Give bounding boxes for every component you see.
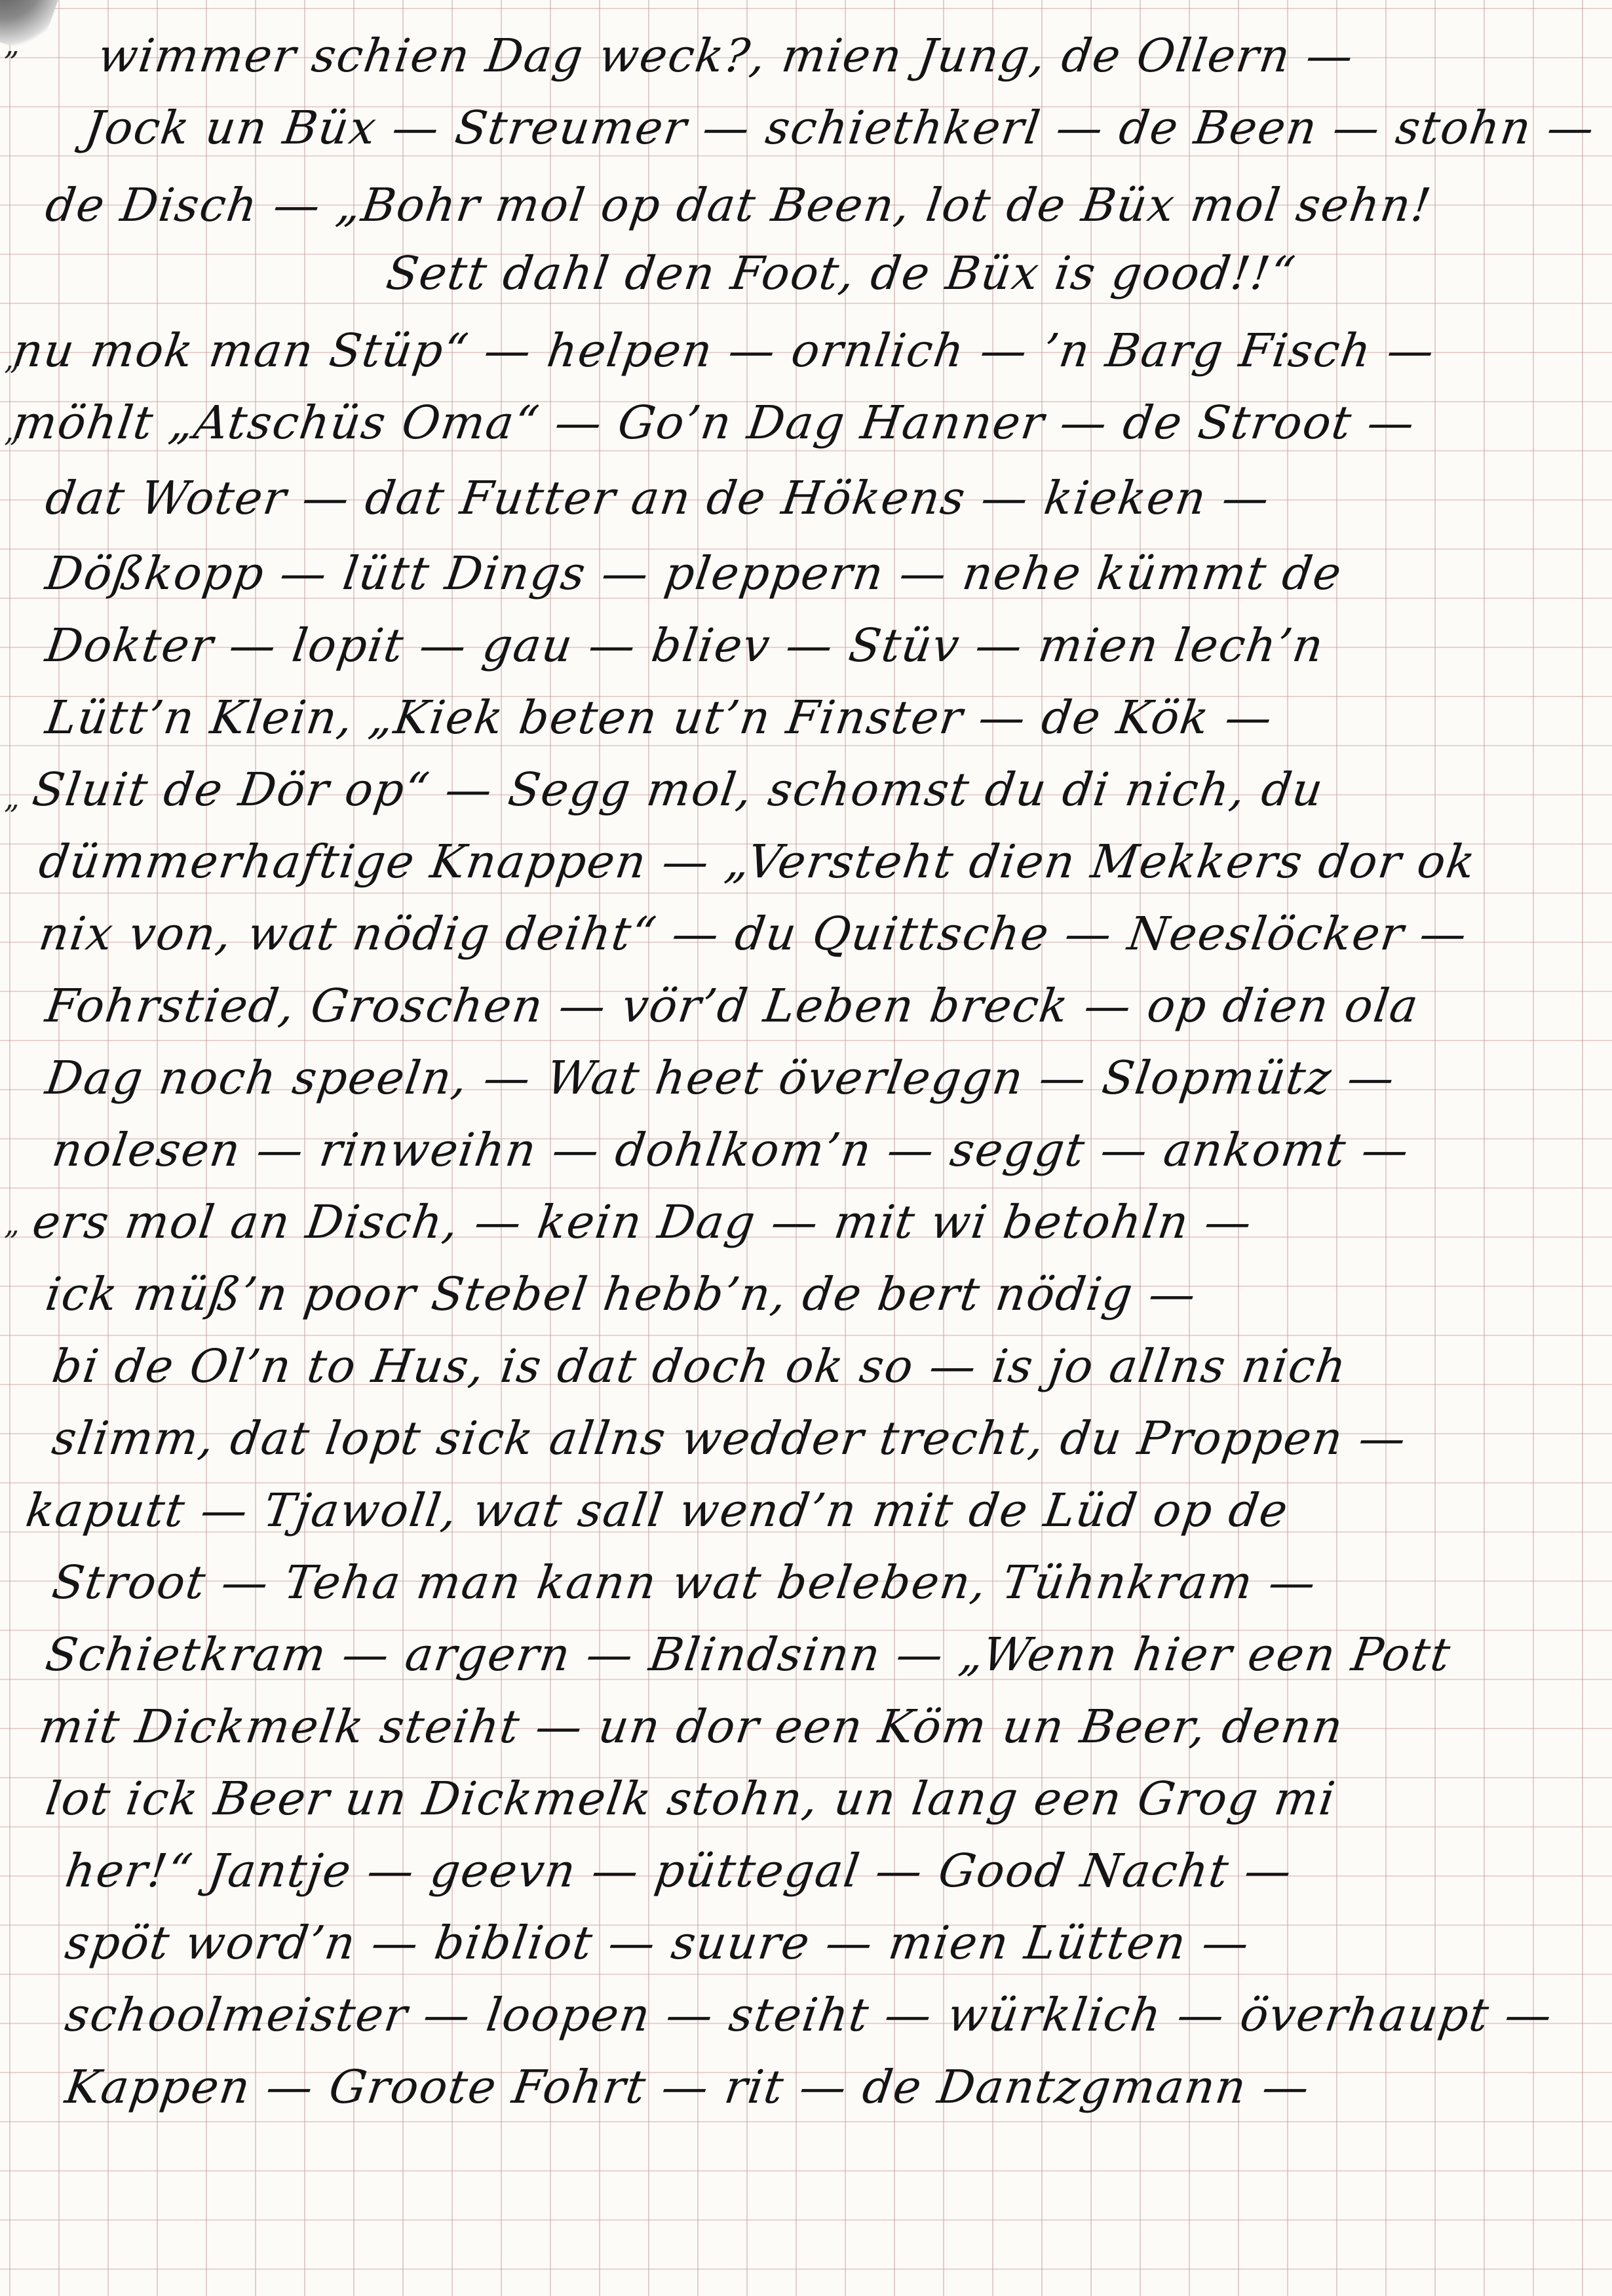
text-line-6: möhlt „Atschüs Oma“ — Go’n Dag Hanner — … — [9, 393, 1564, 456]
text-line-25: lot ick Beer un Dickmelk stohn, un lang … — [41, 1769, 1596, 1832]
text-line-7: dat Woter — dat Futter an de Hökens — ki… — [41, 469, 1596, 531]
text-line-4: Sett dahl den Foot, de Büx is good!!“ — [382, 244, 1612, 307]
margin-quote-mark: „ — [4, 780, 20, 815]
text-line-12: dümmerhaftige Knappen — „Versteht dien M… — [35, 832, 1590, 895]
text-line-17: ers mol an Disch, — kein Dag — mit wi be… — [28, 1193, 1583, 1255]
text-line-21: kaputt — Tjawoll, wat sall wend’n mit de… — [22, 1481, 1577, 1544]
text-line-10: Lütt’n Klein, „Kiek beten ut’n Finster —… — [41, 688, 1596, 751]
text-line-16: nolesen — rinweihn — dohlkom’n — seggt —… — [48, 1120, 1603, 1183]
text-line-24: mit Dickmelk steiht — un dor een Köm un … — [35, 1697, 1590, 1760]
text-line-28: schoolmeister — loopen — steiht — würkli… — [61, 1985, 1612, 2048]
margin-quote-mark: „ — [4, 341, 20, 376]
text-line-13: nix von, wat nödig deiht“ — du Quittsche… — [35, 904, 1590, 967]
text-line-20: slimm, dat lopt sick allns wedder trecht… — [48, 1409, 1603, 1472]
text-line-1: wimmer schien Dag weck?, mien Jung, de O… — [94, 26, 1612, 89]
margin-quote-mark: „ — [4, 26, 20, 62]
text-line-19: bi de Ol’n to Hus, is dat doch ok so — i… — [48, 1337, 1603, 1400]
margin-quote-mark: „ — [4, 413, 20, 448]
text-line-22: Stroot — Teha man kann wat beleben, Tühn… — [48, 1553, 1603, 1616]
text-line-18: ick müß’n poor Stebel hebb’n, de bert nö… — [41, 1265, 1596, 1328]
text-line-11: Sluit de Dör op“ — Segg mol, schomst du … — [28, 760, 1583, 823]
text-line-9: Dokter — lopit — gau — bliev — Stüv — mi… — [41, 616, 1596, 679]
text-line-29: Kappen — Groote Fohrt — rit — de Dantzgm… — [61, 2057, 1612, 2120]
text-line-23: Schietkram — argern — Blindsinn — „Wenn … — [41, 1625, 1596, 1688]
margin-quote-mark: „ — [4, 1206, 20, 1241]
text-line-14: Fohrstied, Groschen — vör’d Leben breck … — [41, 976, 1596, 1039]
text-line-27: spöt word’n — bibliot — suure — mien Lüt… — [61, 1913, 1612, 1976]
text-line-5: nu mok man Stüp“ — helpen — ornlich — ’n… — [9, 321, 1564, 384]
text-line-3: de Disch — „Bohr mol op dat Been, lot de… — [41, 176, 1596, 239]
text-line-26: her!“ Jantje — geevn — püttegal — Good N… — [61, 1841, 1612, 1904]
handwritten-page: wimmer schien Dag weck?, mien Jung, de O… — [0, 0, 1612, 2296]
text-line-2: Jock un Büx — Streumer — schiethkerl — d… — [81, 98, 1612, 161]
text-line-15: Dag noch speeln, — Wat heet överleggn — … — [41, 1048, 1596, 1111]
text-line-8: Dößkopp — lütt Dings — pleppern — nehe k… — [41, 544, 1596, 607]
